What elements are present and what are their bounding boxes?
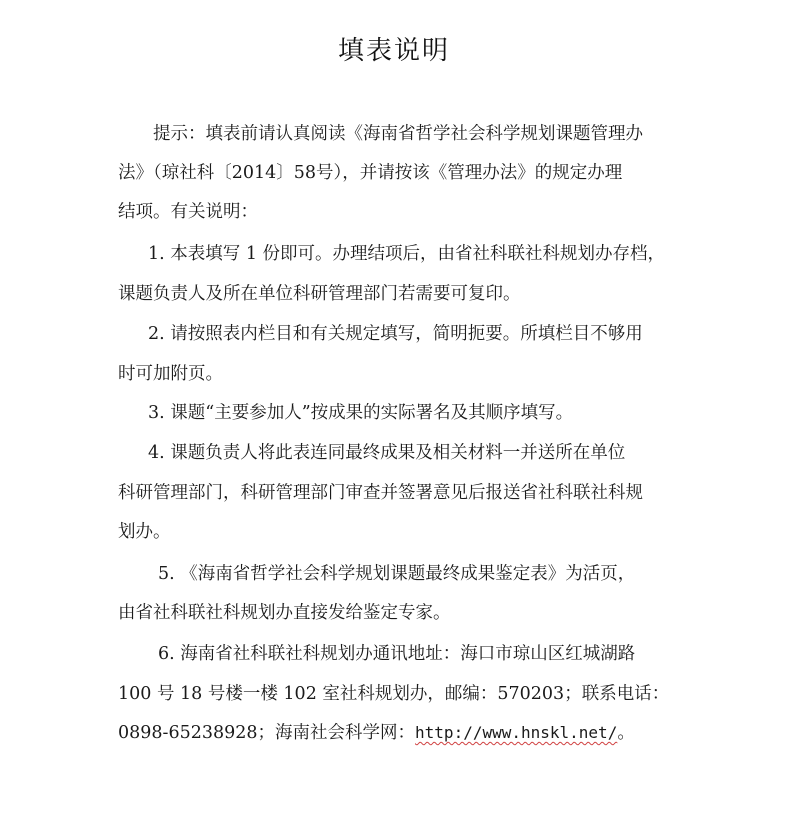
intro-line-3: 结项。有关说明：: [118, 201, 258, 223]
website-link[interactable]: http://www.hnskl.net/: [415, 723, 617, 742]
item-6-line-2: 100 号 18 号楼一楼 102 室社科规划办，邮编：570203；联系电话：: [118, 683, 669, 705]
item-5-line-2: 由省社科联社科规划办直接发给鉴定专家。: [118, 602, 451, 624]
item-6-line-3: 0898-65238928；海南社会科学网：http://www.hnskl.n…: [118, 722, 635, 744]
item-4-line-1: 4. 课题负责人将此表连同最终成果及相关材料一并送所在单位: [148, 442, 625, 464]
intro-line-2: 法》（琼社科〔2014〕58号），并请按该《管理办法》的规定办理: [118, 162, 622, 184]
item-1-line-2: 课题负责人及所在单位科研管理部门若需要可复印。: [118, 283, 521, 305]
item-6-line-1: 6. 海南省社科联社科规划办通讯地址：海口市琼山区红城湖路: [158, 643, 635, 665]
item-4-line-2: 科研管理部门，科研管理部门审查并签署意见后报送省社科联社科规: [118, 482, 643, 504]
item-1-line-1: 1. 本表填写 1 份即可。办理结项后，由省社科联社科规划办存档，: [148, 243, 665, 265]
item-4-line-3: 划办。: [118, 521, 171, 543]
item-2-line-2: 时可加附页。: [118, 363, 223, 385]
contact-text: 0898-65238928；海南社会科学网：: [118, 723, 415, 743]
page-title: 填表说明: [0, 30, 788, 67]
item-2-line-1: 2. 请按照表内栏目和有关规定填写，简明扼要。所填栏目不够用: [148, 323, 643, 345]
item-5-line-1: 5. 《海南省哲学社会科学规划课题最终成果鉴定表》为活页，: [158, 563, 635, 585]
item-3-line-1: 3. 课题“主要参加人”按成果的实际署名及其顺序填写。: [148, 402, 573, 424]
period: 。: [617, 723, 635, 743]
intro-line-1: 提示：填表前请认真阅读《海南省哲学社会科学规划课题管理办: [153, 123, 643, 145]
